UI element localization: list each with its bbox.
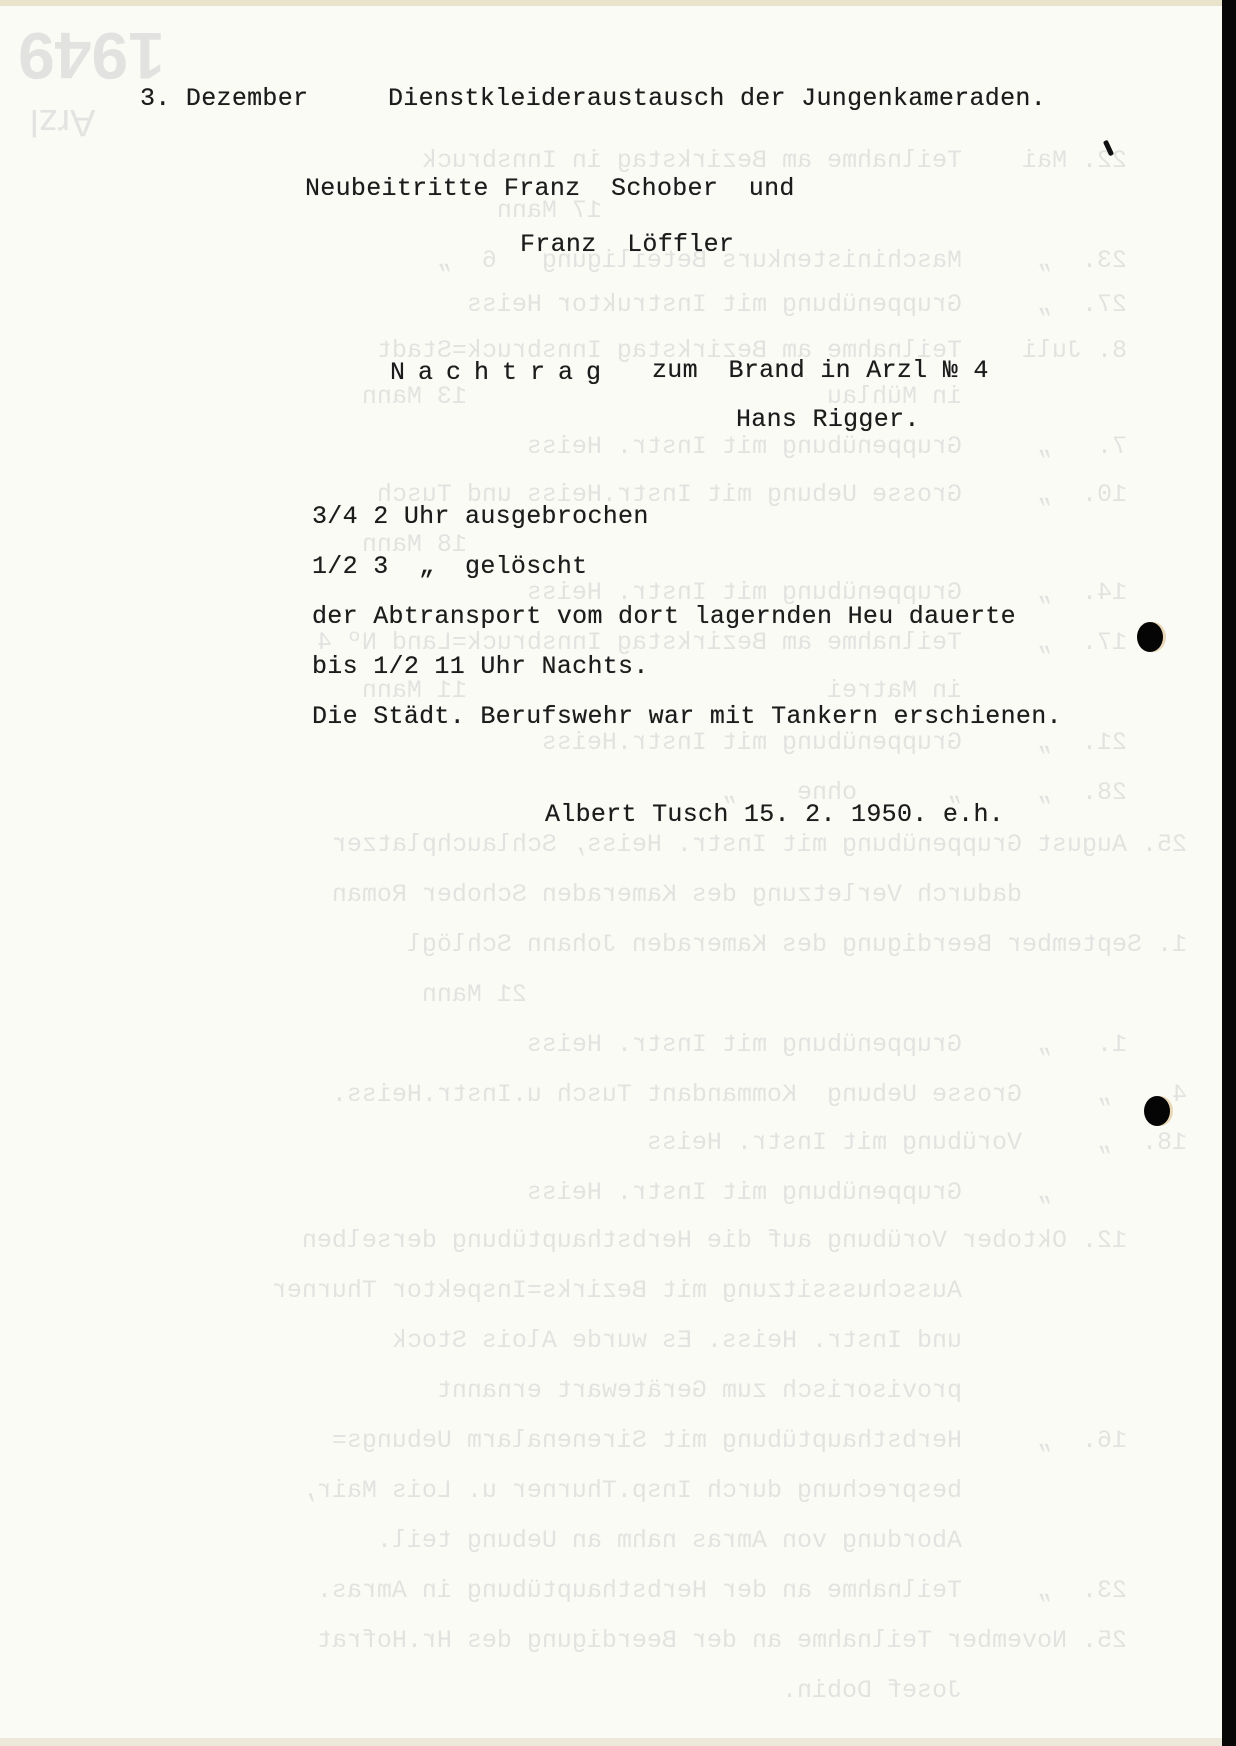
paper-top-edge: [0, 0, 1236, 6]
year-stamp: 1949: [18, 18, 165, 94]
paper-bottom-edge: [0, 1738, 1222, 1746]
addendum-line: Die Städt. Berufswehr war mit Tankern er…: [312, 702, 1062, 731]
bleed-line: 25. November Teilnahme an der Beerdigung…: [317, 1626, 1127, 1655]
punch-hole: [1144, 1096, 1170, 1126]
bleed-line: 22. Mai Teilnahme am Bezirkstag in Innsb…: [422, 146, 1127, 175]
addendum-owner: Hans Rigger.: [736, 405, 920, 434]
addendum-line: 1/2 3 „ gelöscht: [312, 552, 587, 581]
bleed-line: 16. „ Herbsthauptübung mit Sirenenalarm …: [332, 1426, 1127, 1455]
bleed-line: dadurch Verletzung des Kameraden Schober…: [332, 880, 1187, 909]
bleed-line: 12. Oktober Vorübung auf die Herbsthaupt…: [302, 1226, 1127, 1255]
bleed-line: 21 Mann: [422, 980, 1187, 1009]
place-stamp: Arzl: [30, 100, 95, 143]
punch-hole: [1137, 622, 1163, 652]
bleed-line: Josef Dobin.: [782, 1676, 1127, 1705]
addendum-heading-spaced: Nachtrag: [390, 358, 614, 387]
addendum-line: der Abtransport vom dort lagernden Heu d…: [312, 602, 1016, 631]
scan-background-strip: [1222, 0, 1236, 1746]
bleed-line: 1. September Beerdigung des Kameraden Jo…: [407, 930, 1187, 959]
document-page: 22. Mai Teilnahme am Bezirkstag in Innsb…: [0, 0, 1222, 1746]
bleed-line: provisorisch zum Gerätewart ernannt: [437, 1376, 1127, 1405]
new-members-line-2: Franz Löffler: [520, 230, 734, 259]
bleed-line: Abordung von Amras nahm an Uebung teil.: [377, 1526, 1127, 1555]
bleed-line: 4. „ Grosse Uebung Kommandant Tusch u.In…: [332, 1080, 1187, 1109]
bleed-line: und Instr. Heiss. Es wurde Alois Stock: [392, 1326, 1127, 1355]
bleed-line: 27. „ Gruppenübung mit Instruktor Heiss: [467, 290, 1127, 319]
bleed-line: 1. „ Gruppenübung mit Instr. Heiss: [527, 1030, 1127, 1059]
entry-text: Dienstkleideraustausch der Jungenkamerad…: [388, 84, 1046, 113]
addendum-line: bis 1/2 11 Uhr Nachts.: [312, 652, 649, 681]
bleed-line: besprechung durch Insp.Thurner u. Lois M…: [302, 1476, 1127, 1505]
bleed-line: 25. August Gruppenübung mit Instr. Heiss…: [332, 830, 1187, 859]
bleed-line: Ausschusssitzung mit Bezirks=Inspektor T…: [272, 1276, 1127, 1305]
addendum-line: 3/4 2 Uhr ausgebrochen: [312, 502, 649, 531]
new-members-line-1: Neubeitritte Franz Schober und: [305, 174, 795, 203]
ink-mark: [1103, 140, 1114, 157]
bleed-line: 23. „ Teilnahme an der Herbsthauptübung …: [317, 1576, 1127, 1605]
entry-date: 3. Dezember: [140, 84, 308, 113]
bleed-line: „ Gruppenübung mit Instr. Heiss: [527, 1178, 1127, 1207]
addendum-heading: zum Brand in Arzl № 4: [652, 356, 989, 385]
bleed-line: 18. „ Vorübung mit Instr. Heiss: [647, 1128, 1187, 1157]
signature: Albert Tusch 15. 2. 1950. e.h.: [545, 800, 1004, 829]
bleed-line: 7. „ Gruppenübung mit Instr. Heiss: [527, 432, 1127, 461]
bleed-through-text: 22. Mai Teilnahme am Bezirkstag in Innsb…: [0, 0, 1222, 1746]
bleed-line: 21. „ Gruppenübung mit Instr.Heiss: [542, 728, 1127, 757]
